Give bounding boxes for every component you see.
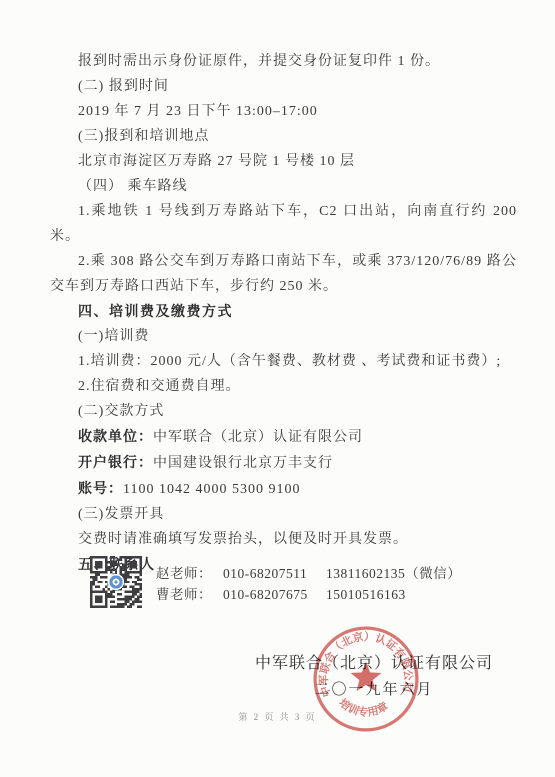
contact-row: 赵老师：010-6820751113811602135（微信） (156, 563, 461, 584)
field-value: 中国建设银行北京万丰支行 (153, 456, 333, 471)
text-line: (二)交款方式 (50, 399, 517, 424)
text-line: 2.乘 308 路公交车到万寿路口南站下车，或乘 373/120/76/89 路… (50, 249, 517, 299)
section-heading: 四、培训费及缴费方式 (50, 299, 517, 324)
page-footer: 第 2 页 共 3 页 (0, 710, 555, 723)
text-line: (二) 报到时间 (50, 74, 517, 99)
contact-name: 赵老师： (156, 563, 223, 584)
text-line: 1.乘地铁 1 号线到万寿路站下车，C2 口出站，向南直行约 200 米。 (50, 199, 517, 249)
text-line: 北京市海淀区万寿路 27 号院 1 号楼 10 层 (50, 149, 517, 174)
text-line: 2.住宿费和交通费自理。 (50, 374, 517, 399)
document-page: 报到时需出示身份证原件，并提交身份证复印件 1 份。(二) 报到时间2019 年… (0, 0, 555, 777)
field-value: 中军联合（北京）认证有限公司 (153, 430, 363, 445)
text-line: 账号：1100 1042 4000 5300 9100 (50, 476, 517, 502)
text-line: (一)培训费 (50, 324, 517, 349)
stamp-star-icon (351, 662, 382, 691)
contact-phone: 010-68207675 (223, 584, 326, 605)
stamp-bottom-text: 培训专用章 (336, 696, 390, 719)
text-line: 交费时请准确填写发票抬头，以便及时开具发票。 (50, 527, 517, 552)
text-line: (三)报到和培训地点 (50, 124, 517, 149)
contact-name: 曹老师： (156, 584, 223, 605)
contact-mobile: 15010516163 (326, 584, 406, 605)
text-line: (三)发票开具 (50, 502, 517, 527)
text-line: 开户银行：中国建设银行北京万丰支行 (50, 450, 517, 476)
contact-phone: 010-68207511 (223, 563, 326, 584)
body-text: 报到时需出示身份证原件，并提交身份证复印件 1 份。(二) 报到时间2019 年… (50, 49, 517, 577)
contact-mobile: 13811602135（微信） (326, 563, 461, 584)
contact-section: 赵老师：010-6820751113811602135（微信）曹老师：010-6… (90, 556, 461, 608)
text-line: 报到时需出示身份证原件，并提交身份证复印件 1 份。 (50, 49, 517, 74)
svg-text:培训专用章: 培训专用章 (336, 696, 390, 719)
field-value: 1100 1042 4000 5300 9100 (123, 482, 300, 497)
field-label: 开户银行： (78, 454, 153, 470)
text-line: 1.培训费：2000 元/人（含午餐费、教材费 、考试费和证书费）; (50, 349, 517, 374)
contact-table: 赵老师：010-6820751113811602135（微信）曹老师：010-6… (156, 556, 461, 608)
qr-code-icon (90, 556, 142, 608)
field-label: 收款单位： (78, 428, 153, 444)
page-number: 第 2 页 共 3 页 (238, 712, 316, 722)
field-label: 账号： (78, 480, 123, 496)
official-stamp-icon: 中军联合（北京）认证有限公司 培训专用章 (310, 623, 422, 735)
text-line: 收款单位：中军联合（北京）认证有限公司 (50, 424, 517, 450)
contact-row: 曹老师：010-6820767515010516163 (156, 584, 461, 605)
text-line: 2019 年 7 月 23 日下午 13:00–17:00 (50, 99, 517, 124)
text-line: （四） 乘车路线 (50, 174, 517, 199)
